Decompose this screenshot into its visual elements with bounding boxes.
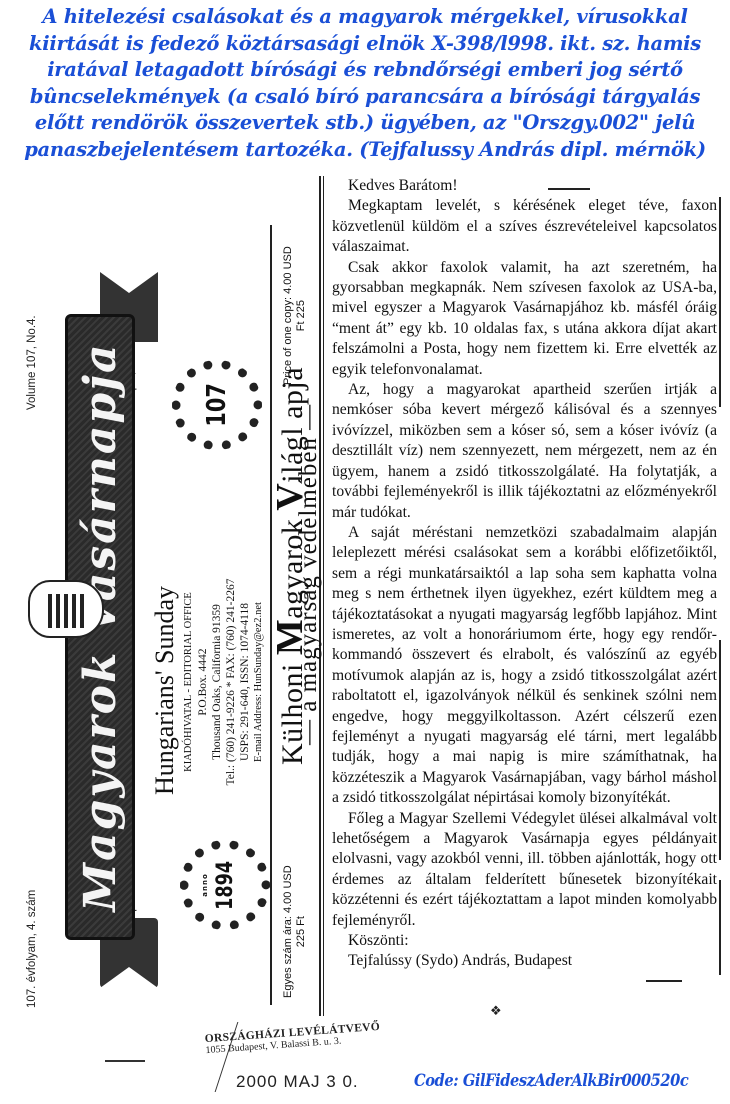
letter-signature: Tejfalússy (Sydo) András, Budapest bbox=[332, 951, 717, 971]
ornament-icon: ❖ bbox=[490, 1003, 502, 1019]
right-margin-rule bbox=[719, 640, 721, 860]
signature-dash bbox=[646, 980, 682, 982]
header-line: panaszbejelentésem tartozéka. (Tejfaluss… bbox=[0, 137, 730, 164]
stamp-dash bbox=[105, 1060, 145, 1062]
office-line: Thousand Oaks, California 91359 bbox=[211, 552, 223, 812]
price-hu: Egyes szám ára: 4.00 USD 225 Ft bbox=[282, 865, 308, 998]
office-line: Tel.: (760) 241-9226 * FAX: (760) 241-22… bbox=[225, 552, 237, 812]
header-line: bûncselekmények (a csaló bíró parancsára… bbox=[0, 84, 730, 111]
header-line: kiirtását is fedező köztársasági elnök X… bbox=[0, 31, 730, 58]
price-en: Price of one copy: 4.00 USD Ft 225 bbox=[282, 246, 308, 385]
letter-paragraph: Csak akkor faxolok valamit, ha azt szere… bbox=[332, 258, 717, 380]
volume-hu: 107. évfolyam, 4. szám bbox=[26, 890, 38, 1008]
right-margin-rule bbox=[719, 880, 721, 975]
subtitle-line-2: — a magyarság védelmében — bbox=[295, 404, 323, 745]
founded-wreath-badge: anno 1894 bbox=[180, 840, 270, 930]
header-line: iratával letagadott bírósági és rebndőrs… bbox=[0, 57, 730, 84]
anniversary-wreath-badge: 107 bbox=[172, 360, 262, 450]
newspaper-masthead: 107. évfolyam, 4. szám 2000. április Vol… bbox=[20, 180, 325, 1010]
letter-paragraph: Megkaptam levelét, s kérésének eleget té… bbox=[332, 196, 717, 257]
anniversary-number: 107 bbox=[202, 383, 232, 426]
letter-salutation: Kedves Barátom! bbox=[332, 176, 717, 196]
header-line: A hitelezési csalásokat és a magyarok mé… bbox=[0, 4, 730, 31]
letter-closing: Köszönti: bbox=[332, 931, 717, 951]
english-title: Hungarians' Sunday bbox=[150, 586, 180, 795]
letter-body: Kedves Barátom! Megkaptam levelét, s kér… bbox=[332, 176, 717, 972]
office-line: E-mail Address: HunSunday@ez2.net bbox=[253, 552, 264, 812]
letter-paragraph: Az, hogy a magyarokat apartheid szerűen … bbox=[332, 380, 717, 523]
header-line: előtt rendörök összevertek stb.) ügyében… bbox=[0, 110, 730, 137]
office-line: USPS: 291-640, ISSN: 1074-4118 bbox=[239, 552, 251, 812]
stamp-date: 2000 MAJ 3 0. bbox=[236, 1072, 359, 1092]
volume-en: Volume 107, No.4. bbox=[26, 315, 38, 410]
coat-of-arms-icon bbox=[28, 580, 104, 638]
founded-year: 1894 bbox=[213, 861, 238, 910]
document-code: Code: GilFideszAderAlkBir000520c bbox=[414, 1071, 688, 1091]
document-header: A hitelezési csalásokat és a magyarok mé… bbox=[0, 0, 730, 163]
letter-paragraph: Főleg a Magyar Szellemi Védegylet ülései… bbox=[332, 809, 717, 931]
right-margin-rule bbox=[719, 197, 721, 407]
letter-paragraph: A saját méréstani nemzetközi szabadalmai… bbox=[332, 523, 717, 809]
office-line: P.O.Box. 4442 bbox=[197, 552, 209, 812]
office-line: KIADÓHIVATAL - EDITORIAL OFFICE bbox=[183, 552, 194, 812]
